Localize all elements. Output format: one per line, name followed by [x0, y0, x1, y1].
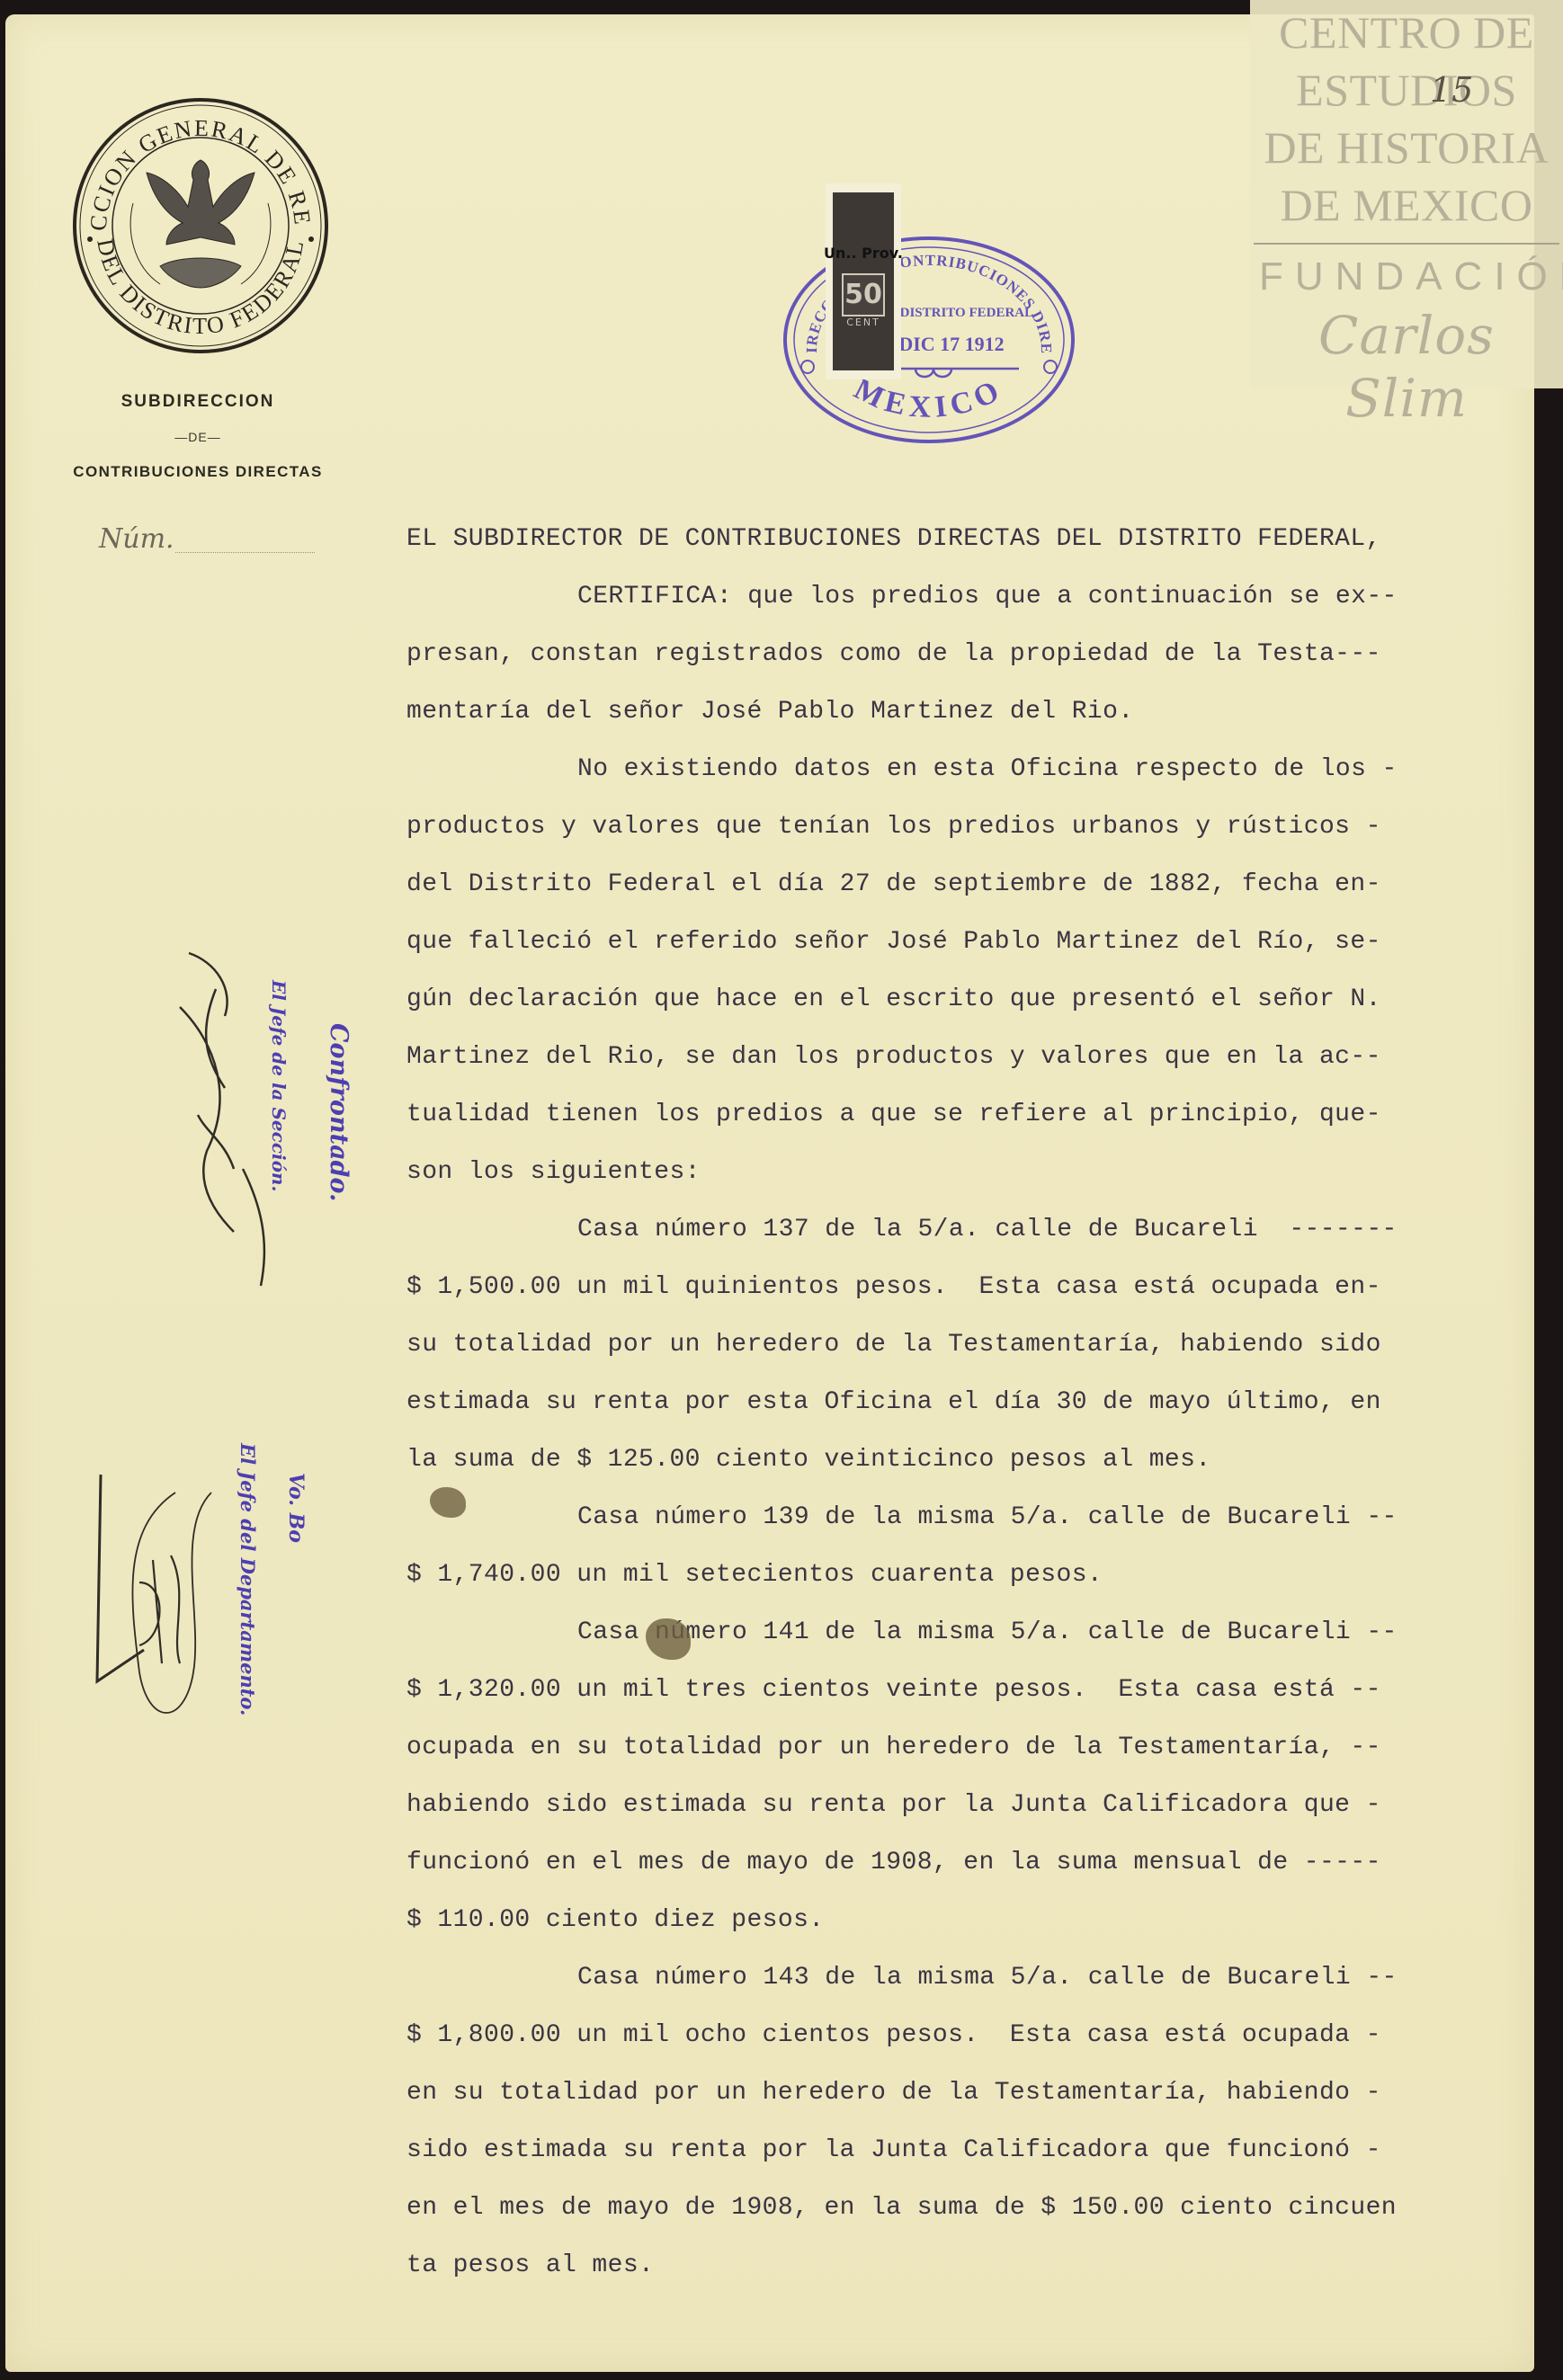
body-line: presan, constan registrados como de la p…: [406, 640, 1381, 668]
body-line: Casa número 143 de la misma 5/a. calle d…: [577, 1964, 1398, 1992]
section-chief-signature-icon: [162, 935, 279, 1295]
body-line: su totalidad por un heredero de la Testa…: [406, 1331, 1381, 1359]
body-line: Casa número 141 de la misma 5/a. calle d…: [577, 1618, 1398, 1646]
body-line: Martinez del Rio, se dan los productos y…: [406, 1043, 1381, 1071]
revenue-stamp-overprint: Un.. Prov.: [824, 245, 903, 262]
number-label: Núm.: [99, 523, 174, 555]
archive-watermark: CENTRO DE ESTUDIOS DE HISTORIA DE MEXICO…: [1250, 0, 1563, 388]
body-line: $ 1,320.00 un mil tres cientos veinte pe…: [406, 1676, 1381, 1704]
body-line: sido estimada su renta por la Junta Cali…: [406, 2136, 1381, 2164]
letterhead-title: SUBDIRECCION: [36, 392, 360, 412]
body-line: productos y valores que tenían los predi…: [406, 813, 1381, 841]
letterhead-subtitle: CONTRIBUCIONES DIRECTAS: [36, 463, 360, 481]
revenue-stamp-value: 50: [842, 273, 885, 316]
revenue-stamp: Un.. Prov. 50 CENT: [826, 183, 901, 379]
watermark-foundation-name: Carlos Slim: [1250, 304, 1563, 430]
watermark-line: ESTUDIOS: [1250, 61, 1563, 119]
watermark-foundation-label: FUNDACIÓN: [1259, 250, 1563, 304]
body-line: $ 1,500.00 un mil quinientos pesos. Esta…: [406, 1273, 1381, 1301]
body-line: Casa número 139 de la misma 5/a. calle d…: [577, 1503, 1398, 1531]
letterhead-connector: —DE—: [36, 430, 360, 444]
watermark-divider: [1254, 243, 1559, 245]
body-line: No existiendo datos en esta Oficina resp…: [577, 755, 1398, 783]
body-line: son los siguientes:: [406, 1158, 701, 1186]
body-line: ta pesos al mes.: [406, 2251, 654, 2279]
body-line: $ 1,740.00 un mil setecientos cuarenta p…: [406, 1561, 1103, 1589]
body-line: gún declaración que hace en el escrito q…: [406, 985, 1381, 1013]
watermark-line: CENTRO DE: [1250, 4, 1563, 61]
department-chief-signature-icon: [90, 1457, 270, 1735]
body-line: la suma de $ 125.00 ciento veinticinco p…: [406, 1446, 1211, 1474]
approval-stamp: Vo. Bo: [284, 1473, 308, 1543]
body-line: CERTIFICA: que los predios que a continu…: [577, 583, 1398, 611]
body-line: del Distrito Federal el día 27 de septie…: [406, 870, 1381, 898]
body-line: $ 110.00 ciento diez pesos.: [406, 1906, 824, 1934]
body-line: $ 1,800.00 un mil ocho cientos pesos. Es…: [406, 2021, 1381, 2049]
svg-text:DIC 17 1912: DIC 17 1912: [898, 333, 1004, 355]
body-line: Casa número 137 de la 5/a. calle de Buca…: [577, 1216, 1398, 1243]
body-line: mentaría del señor José Pablo Martinez d…: [406, 698, 1134, 726]
seal-emblem-icon: DIRECCION GENERAL DE RENTAS DEL DISTRITO…: [70, 95, 331, 356]
watermark-line: DE HISTORIA: [1250, 119, 1563, 176]
body-line: en su totalidad por un heredero de la Te…: [406, 2079, 1381, 2107]
confrontado-stamp: Confrontado.: [325, 1023, 353, 1201]
body-line: en el mes de mayo de 1908, en la suma de…: [406, 2194, 1397, 2222]
body-line: ocupada en su totalidad por un heredero …: [406, 1734, 1381, 1761]
body-line: funcionó en el mes de mayo de 1908, en l…: [406, 1849, 1381, 1876]
number-field-line: [175, 552, 315, 553]
body-line: tualidad tienen los predios a que se ref…: [406, 1101, 1381, 1128]
revenue-stamp-unit: CENT: [833, 316, 894, 328]
body-line: que falleció el referido señor José Pabl…: [406, 928, 1381, 956]
body-line: habiendo sido estimada su renta por la J…: [406, 1791, 1381, 1819]
svg-text:MEXICO: MEXICO: [849, 372, 1009, 424]
page-number: 15: [1430, 70, 1473, 110]
body-line: estimada su renta por esta Oficina el dí…: [406, 1388, 1381, 1416]
watermark-line: DE MEXICO: [1250, 176, 1563, 234]
body-line: EL SUBDIRECTOR DE CONTRIBUCIONES DIRECTA…: [406, 525, 1381, 553]
